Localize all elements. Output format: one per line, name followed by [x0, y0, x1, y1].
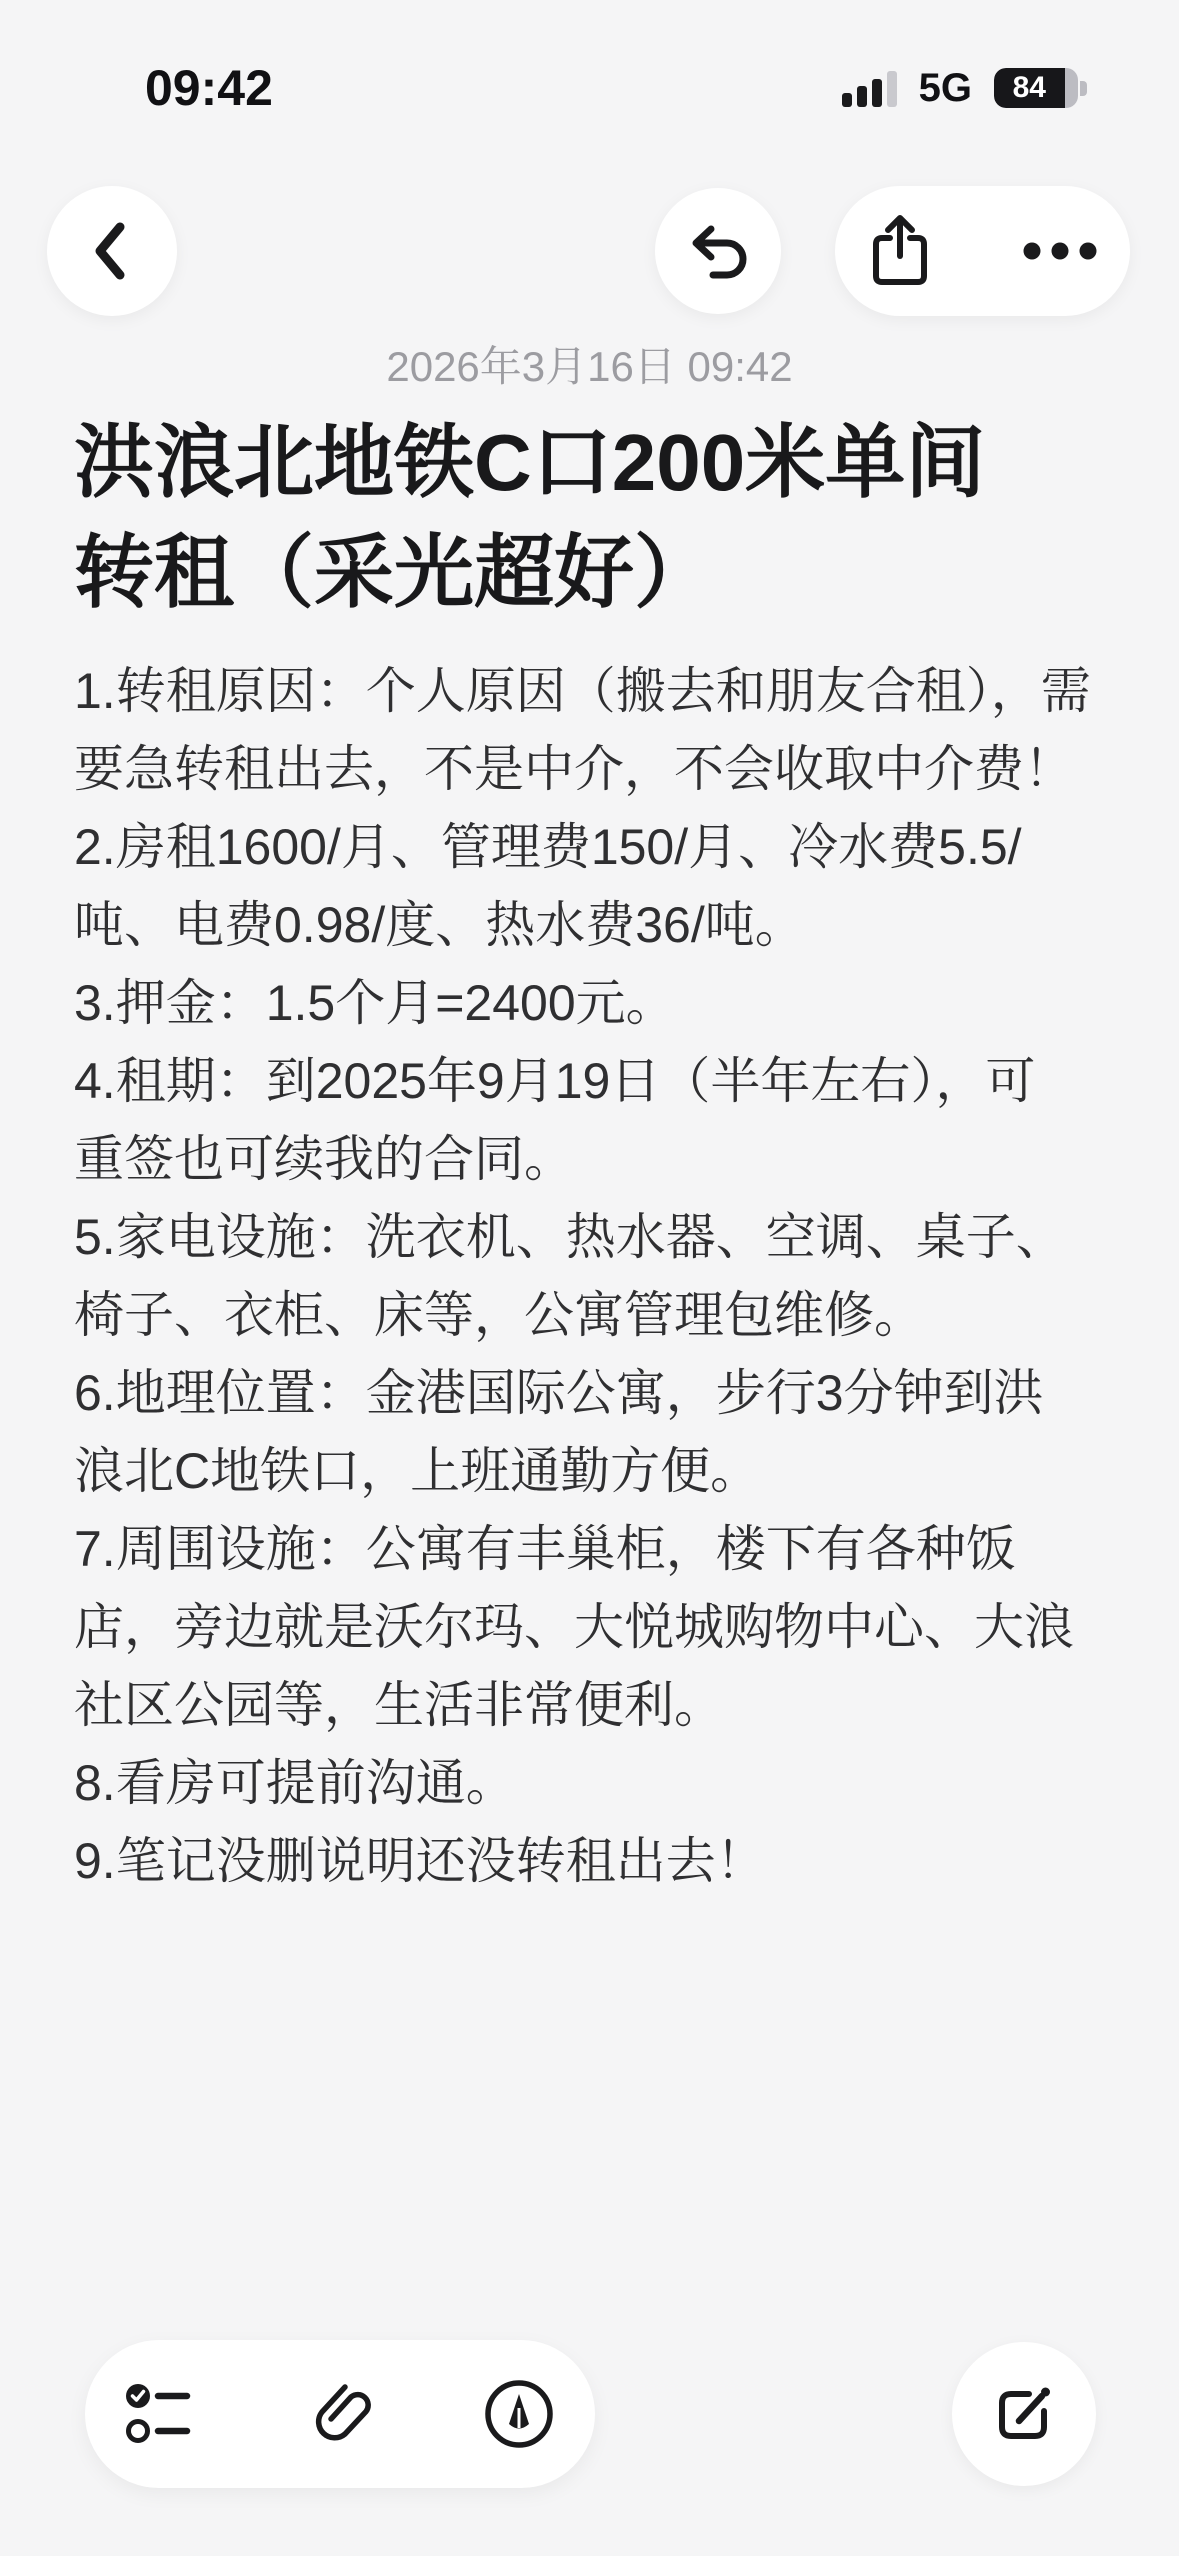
note-title-line: 转租（采光超好） — [74, 518, 1149, 628]
notes-app-screen: 09:42 5G 84 — [0, 0, 1179, 2556]
note-body-line: 吨、电费0.98/度、热水费36/吨。 — [74, 886, 1159, 964]
note-body-line: 5.家电设施：洗衣机、热水器、空调、桌子、 — [74, 1198, 1159, 1276]
chevron-left-icon — [82, 215, 142, 287]
compose-button[interactable] — [952, 2342, 1096, 2486]
signal-bar-4 — [887, 71, 897, 107]
marker-pen-icon — [483, 2378, 555, 2450]
more-button[interactable] — [1020, 236, 1100, 266]
note-body-line: 9.笔记没删说明还没转租出去！ — [74, 1822, 1159, 1900]
note-body-line: 要急转租出去，不是中介，不会收取中介费！ — [74, 730, 1159, 808]
signal-bar-3 — [872, 79, 882, 107]
bottom-toolbar — [85, 2340, 595, 2488]
checklist-button[interactable] — [125, 2381, 209, 2447]
note-body-line: 1.转租原因：个人原因（搬去和朋友合租），需 — [74, 652, 1159, 730]
back-button[interactable] — [47, 186, 177, 316]
share-icon — [865, 210, 935, 292]
note-body-line: 浪北C地铁口，上班通勤方便。 — [74, 1432, 1159, 1510]
undo-arrow-icon — [680, 213, 756, 289]
network-type-label: 5G — [919, 66, 972, 111]
battery-icon: 84 — [994, 68, 1087, 108]
note-body-line: 6.地理位置：金港国际公寓，步行3分钟到洪 — [74, 1354, 1159, 1432]
note-body-line: 7.周围设施：公寓有丰巢柜，楼下有各种饭 — [74, 1510, 1159, 1588]
note-body-line: 2.房租1600/月、管理费150/月、冷水费5.5/ — [74, 808, 1159, 886]
note-body-line: 重签也可续我的合同。 — [74, 1120, 1159, 1198]
checklist-icon — [125, 2381, 209, 2447]
attachment-button[interactable] — [311, 2377, 381, 2451]
note-date-line: 2026年3月16日 09:42 — [0, 342, 1179, 392]
note-title[interactable]: 洪浪北地铁C口200米单间 转租（采光超好） — [74, 408, 1149, 628]
note-body-line: 店，旁边就是沃尔玛、大悦城购物中心、大浪 — [74, 1588, 1159, 1666]
note-body[interactable]: 1.转租原因：个人原因（搬去和朋友合租），需 要急转租出去，不是中介，不会收取中… — [74, 652, 1159, 1900]
nav-actions-pill — [835, 186, 1130, 316]
compose-icon — [989, 2379, 1059, 2449]
markup-button[interactable] — [483, 2378, 555, 2450]
signal-bar-2 — [857, 86, 867, 107]
note-body-line: 4.租期：到2025年9月19日（半年左右），可 — [74, 1042, 1159, 1120]
nav-bar — [0, 186, 1179, 316]
status-bar: 09:42 5G 84 — [0, 53, 1179, 123]
ellipsis-icon — [1020, 236, 1100, 266]
battery-fill: 84 — [994, 68, 1065, 108]
battery-body: 84 — [994, 68, 1078, 108]
cellular-signal-icon — [842, 69, 897, 107]
note-body-line: 3.押金：1.5个月=2400元。 — [74, 964, 1159, 1042]
note-title-line: 洪浪北地铁C口200米单间 — [74, 408, 1149, 518]
undo-button[interactable] — [655, 188, 781, 314]
share-button[interactable] — [865, 210, 935, 292]
note-body-line: 椅子、衣柜、床等，公寓管理包维修。 — [74, 1276, 1159, 1354]
status-time: 09:42 — [145, 59, 273, 117]
note-body-line: 8.看房可提前沟通。 — [74, 1744, 1159, 1822]
note-body-line: 社区公园等，生活非常便利。 — [74, 1666, 1159, 1744]
battery-cap — [1080, 81, 1087, 96]
battery-percent-label: 84 — [1013, 71, 1046, 105]
status-right-cluster: 5G 84 — [842, 66, 1087, 111]
signal-bar-1 — [842, 93, 852, 107]
paperclip-icon — [311, 2377, 381, 2451]
